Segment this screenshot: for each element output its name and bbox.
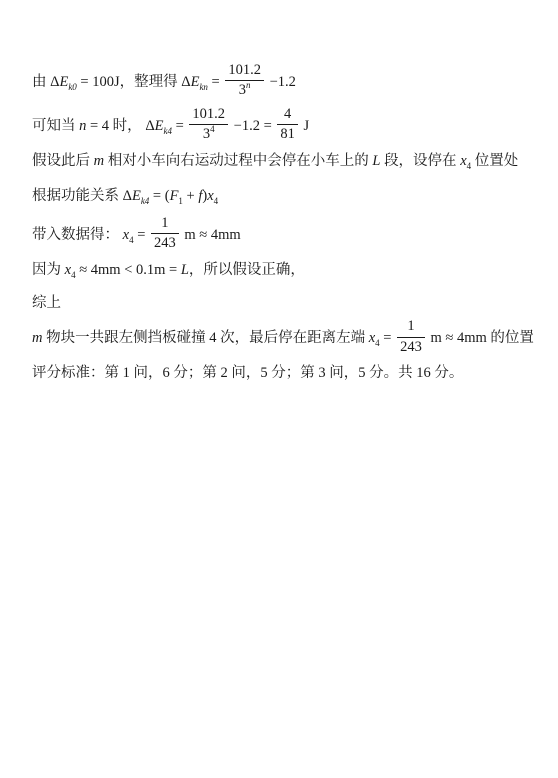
math-subscript-4: 4 xyxy=(214,195,219,205)
text-segment: 位置处 xyxy=(471,153,518,169)
text-segment: −1.2 = xyxy=(230,118,275,134)
fraction-denominator: 243 xyxy=(397,338,425,356)
text-segment: 评分标准：第 1 问，6 分；第 2 问，5 分；第 3 问，5 分。共 16 … xyxy=(32,365,463,381)
den-exponent-n: n xyxy=(246,81,251,91)
text-segment: = xyxy=(172,118,187,134)
text-segment: = 4 时， xyxy=(86,118,145,134)
den-base: 3 xyxy=(239,82,246,98)
fraction-denominator: 34 xyxy=(189,125,228,143)
text-segment: 根据功能关系 xyxy=(32,188,123,204)
text-segment: = xyxy=(380,331,395,347)
doc-line-n-equals-4: 可知当 n = 4 时， ΔEk4 = 101.234 −1.2 = 481 J xyxy=(32,108,534,146)
math-subscript-kn: kn xyxy=(199,82,207,92)
text-segment: = xyxy=(134,227,149,243)
text-segment: −1.2 xyxy=(266,74,296,90)
doc-line-verify-assumption: 因为 x4 ≈ 4mm < 0.1m = L，所以假设正确， xyxy=(32,259,534,281)
text-segment: = 100J，整理得 xyxy=(77,74,181,90)
math-variable-L: L xyxy=(181,262,189,278)
text-segment: 可知当 xyxy=(32,118,79,134)
fraction: 101.234 xyxy=(189,106,228,144)
fraction: 481 xyxy=(277,106,298,144)
math-variable-E: E xyxy=(155,118,164,134)
math-variable-E: E xyxy=(59,74,68,90)
math-variable-m: m xyxy=(94,153,104,169)
text-segment: 因为 xyxy=(32,262,65,278)
text-segment: 由 xyxy=(32,74,50,90)
text-segment: m ≈ 4mm xyxy=(181,227,241,243)
math-subscript-k0: k0 xyxy=(68,82,76,92)
fraction-denominator: 243 xyxy=(151,234,179,252)
doc-line-derive-general: 由 ΔEk0 = 100J，整理得 ΔEkn = 101.23n −1.2 xyxy=(32,64,534,102)
doc-line-summary-header: 综上 xyxy=(32,292,534,314)
text-segment: 综上 xyxy=(32,295,61,311)
math-delta-symbol: Δ xyxy=(181,74,190,90)
fraction: 101.23n xyxy=(225,62,264,100)
text-segment: 带入数据得： xyxy=(32,227,123,243)
text-segment: 相对小车向右运动过程中会停在小车上的 xyxy=(104,153,372,169)
text-segment: ，所以假设正确， xyxy=(189,262,305,278)
math-variable-E: E xyxy=(132,188,141,204)
fraction: 1243 xyxy=(397,318,425,356)
math-delta-symbol: Δ xyxy=(145,118,154,134)
fraction-numerator: 1 xyxy=(151,215,179,234)
text-segment: = xyxy=(208,74,223,90)
doc-line-conclusion: m 物块一共跟左侧挡板碰撞 4 次，最后停在距离左端 x4 = 1243 m ≈… xyxy=(32,320,534,358)
text-segment: J xyxy=(300,118,309,134)
fraction-numerator: 4 xyxy=(277,106,298,125)
text-segment: m ≈ 4mm 的位置 xyxy=(427,331,534,347)
doc-line-assumption: 假设此后 m 相对小车向右运动过程中会停在小车上的 L 段，设停在 x4 位置处 xyxy=(32,150,534,172)
fraction-numerator: 1 xyxy=(397,318,425,337)
text-segment: 假设此后 xyxy=(32,153,94,169)
fraction: 1243 xyxy=(151,215,179,253)
math-variable-m: m xyxy=(32,331,42,347)
text-segment: = ( xyxy=(149,188,169,204)
doc-line-substitute-data: 带入数据得： x4 = 1243 m ≈ 4mm xyxy=(32,217,534,255)
fraction-numerator: 101.2 xyxy=(189,106,228,125)
document-page: 由 ΔEk0 = 100J，整理得 ΔEkn = 101.23n −1.2 可知… xyxy=(0,0,558,778)
text-segment: 段，设停在 xyxy=(380,153,460,169)
math-delta-symbol: Δ xyxy=(123,188,132,204)
text-segment: 物块一共跟左侧挡板碰撞 4 次，最后停在距离左端 xyxy=(42,331,368,347)
doc-line-energy-relation: 根据功能关系 ΔEk4 = (F1 + f)x4 xyxy=(32,185,534,207)
fraction-denominator: 3n xyxy=(225,81,264,99)
doc-line-grading-criteria: 评分标准：第 1 问，6 分；第 2 问，5 分；第 3 问，5 分。共 16 … xyxy=(32,362,534,384)
fraction-denominator: 81 xyxy=(277,125,298,143)
fraction-numerator: 101.2 xyxy=(225,62,264,81)
den-exponent-4: 4 xyxy=(210,124,215,134)
math-subscript-k4: k4 xyxy=(164,126,172,136)
text-segment: ≈ 4mm < 0.1m = xyxy=(76,262,181,278)
text-segment: + xyxy=(183,188,198,204)
